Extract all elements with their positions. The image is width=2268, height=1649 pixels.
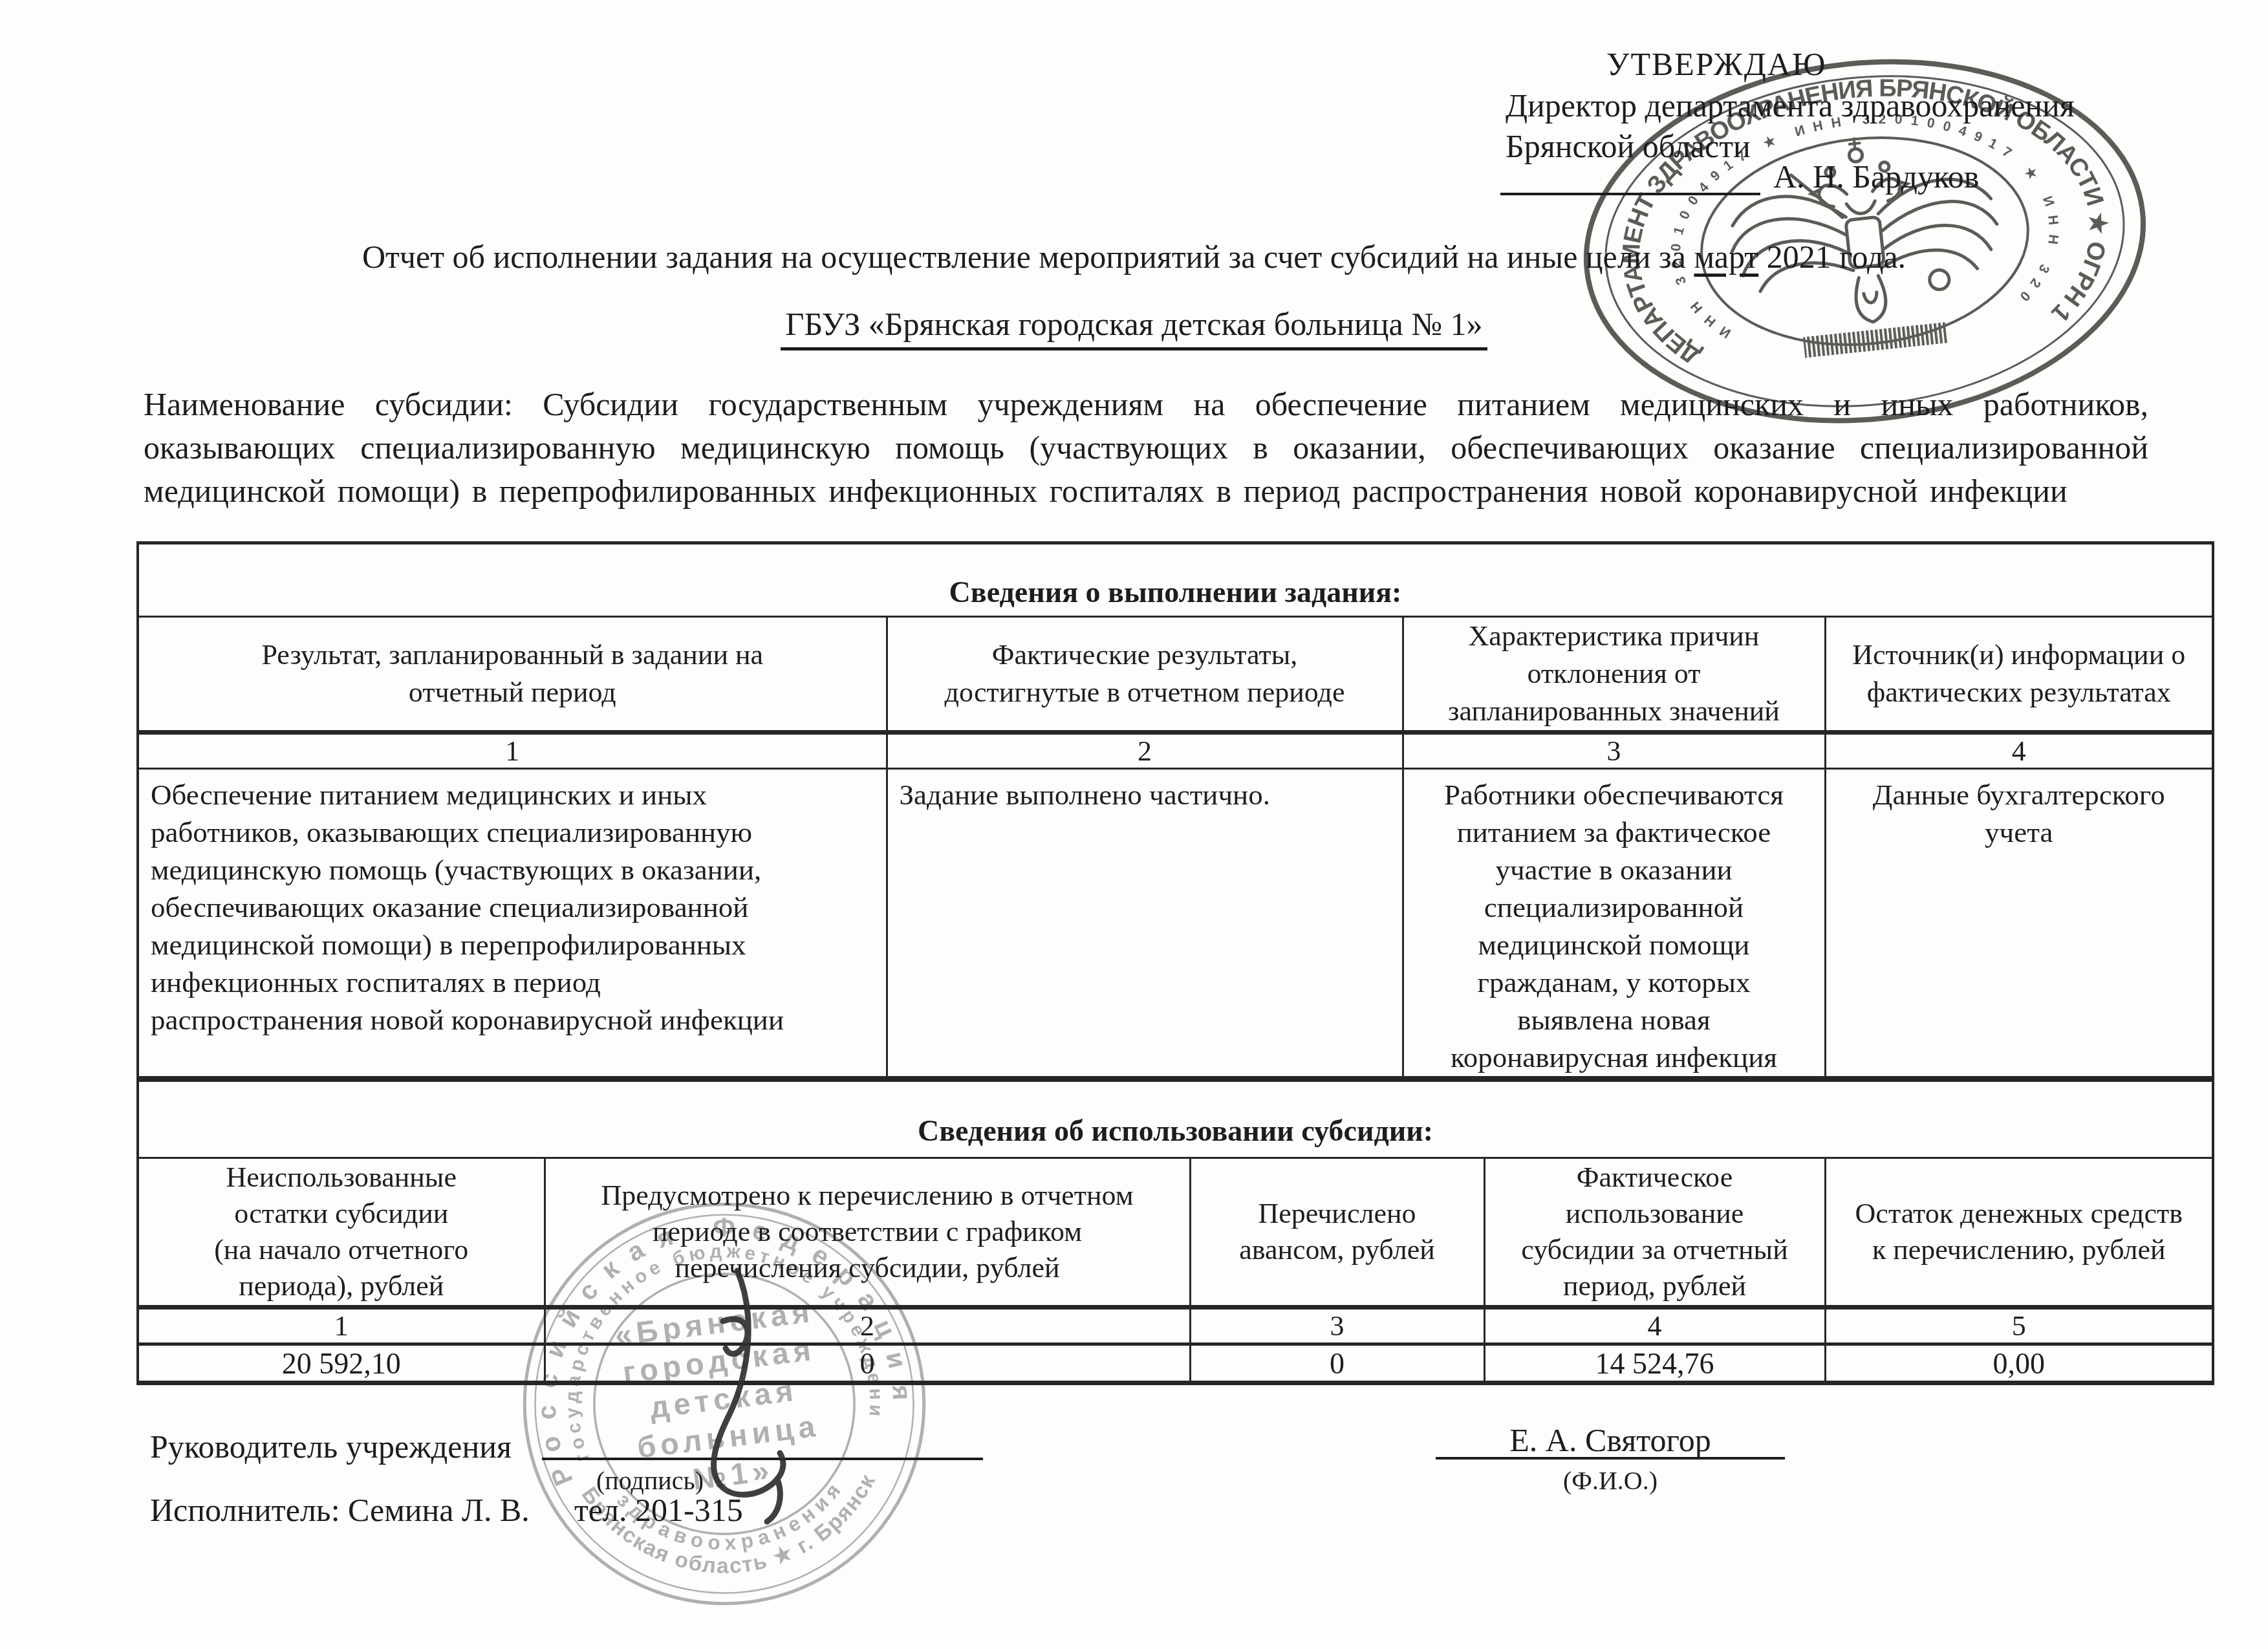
organization-line: ГБУЗ «Брянская городская детская больниц… (0, 305, 2268, 350)
actual-usage-value: 14 524,76 (1484, 1344, 1825, 1383)
document-title: Отчет об исполнении задания на осуществл… (0, 238, 2268, 275)
organization-name: ГБУЗ «Брянская городская детская больниц… (781, 305, 1488, 350)
approver-signature-line (1500, 159, 1760, 195)
name-caption: (Ф.И.О.) (1436, 1465, 1785, 1496)
actual-result-cell: Задание выполнено частично. (887, 769, 1403, 1079)
subsidy-paragraph: Наименование субсидии: Субсидии государс… (144, 383, 2148, 513)
information-source-cell: Данные бухгалтерского учета (1825, 769, 2213, 1079)
report-tables: Сведения о выполнении задания: Результат… (136, 541, 2214, 1385)
column-number-cell: 3 (1403, 733, 1825, 769)
subsidy-text-line1: Субсидии государственным учреждениям на … (543, 386, 2148, 422)
approval-signature-row: А. Н. Бардуков (1500, 158, 1979, 195)
column-number-cell: 1 (138, 733, 887, 769)
column-number-cell: 4 (1484, 1308, 1825, 1344)
execution-header-cell: Источник(и) информации о фактических рез… (1825, 617, 2213, 733)
head-label: Руководитель учреждения (150, 1428, 512, 1465)
approval-title: УТВЕРЖДАЮ (1606, 45, 1826, 83)
column-number-cell: 5 (1825, 1308, 2213, 1344)
usage-header-cell: Остаток денежных средств к перечислению,… (1825, 1158, 2213, 1308)
document-title-part1: Отчет об исполнении задания на осуществл… (362, 239, 1686, 275)
deviation-reason-cell: Работники обеспечиваются питанием за фак… (1403, 769, 1825, 1079)
execution-header-cell: Характеристика причин отклонения от запл… (1403, 617, 1825, 733)
subsidy-label: Наименование субсидии: (144, 386, 513, 422)
column-number-cell: 1 (138, 1308, 545, 1344)
usage-header-cell: Неиспользованные остатки субсидии (на на… (138, 1158, 545, 1308)
usage-section-title: Сведения об использовании субсидии: (138, 1081, 2213, 1158)
usage-header-cell: Перечислено авансом, рублей (1190, 1158, 1484, 1308)
unused-balance-value: 20 592,10 (138, 1344, 545, 1383)
document-title-part2: 2021 года. (1767, 239, 1906, 275)
double-headed-eagle-icon (1722, 125, 2005, 336)
planned-result-cell: Обеспечение питанием медицинских и иных … (138, 769, 887, 1079)
scanned-report-page: ДЕПАРТАМЕНТ ЗДРАВООХРАНЕНИЯ БРЯНСКОЙ ОБЛ… (0, 0, 2268, 1649)
handwritten-signature-icon (640, 1245, 860, 1536)
approver-position: Директор департамента здравоохранения (1506, 87, 2075, 124)
execution-section-title: Сведения о выполнении задания: (138, 543, 2213, 617)
usage-table: Сведения об использовании субсидии: Неис… (136, 1080, 2214, 1385)
column-number-cell: 3 (1190, 1308, 1484, 1344)
executor-label: Исполнитель: Семина Л. В. (150, 1491, 530, 1529)
execution-table: Сведения о выполнении задания: Результат… (136, 541, 2214, 1080)
subsidy-paragraph-line2: оказывающих специализированную медицинск… (144, 426, 2148, 469)
subsidy-paragraph-line1: Наименование субсидии: Субсидии государс… (144, 383, 2148, 426)
remaining-funds-value: 0,00 (1825, 1344, 2213, 1383)
column-number-cell: 2 (887, 733, 1403, 769)
column-number-cell: 4 (1825, 733, 2213, 769)
advance-transfer-value: 0 (1190, 1344, 1484, 1383)
usage-header-cell: Фактическое использование субсидии за от… (1484, 1158, 1825, 1308)
subsidy-paragraph-line3: медицинской помощи) в перепрофилированны… (144, 469, 2148, 513)
approver-name: А. Н. Бардуков (1773, 158, 1979, 195)
execution-header-cell: Результат, запланированный в задании на … (138, 617, 887, 733)
execution-header-cell: Фактические результаты, достигнутые в от… (887, 617, 1403, 733)
head-name: Е. А. Святогор (1436, 1421, 1785, 1460)
report-month: март (1694, 239, 1758, 275)
